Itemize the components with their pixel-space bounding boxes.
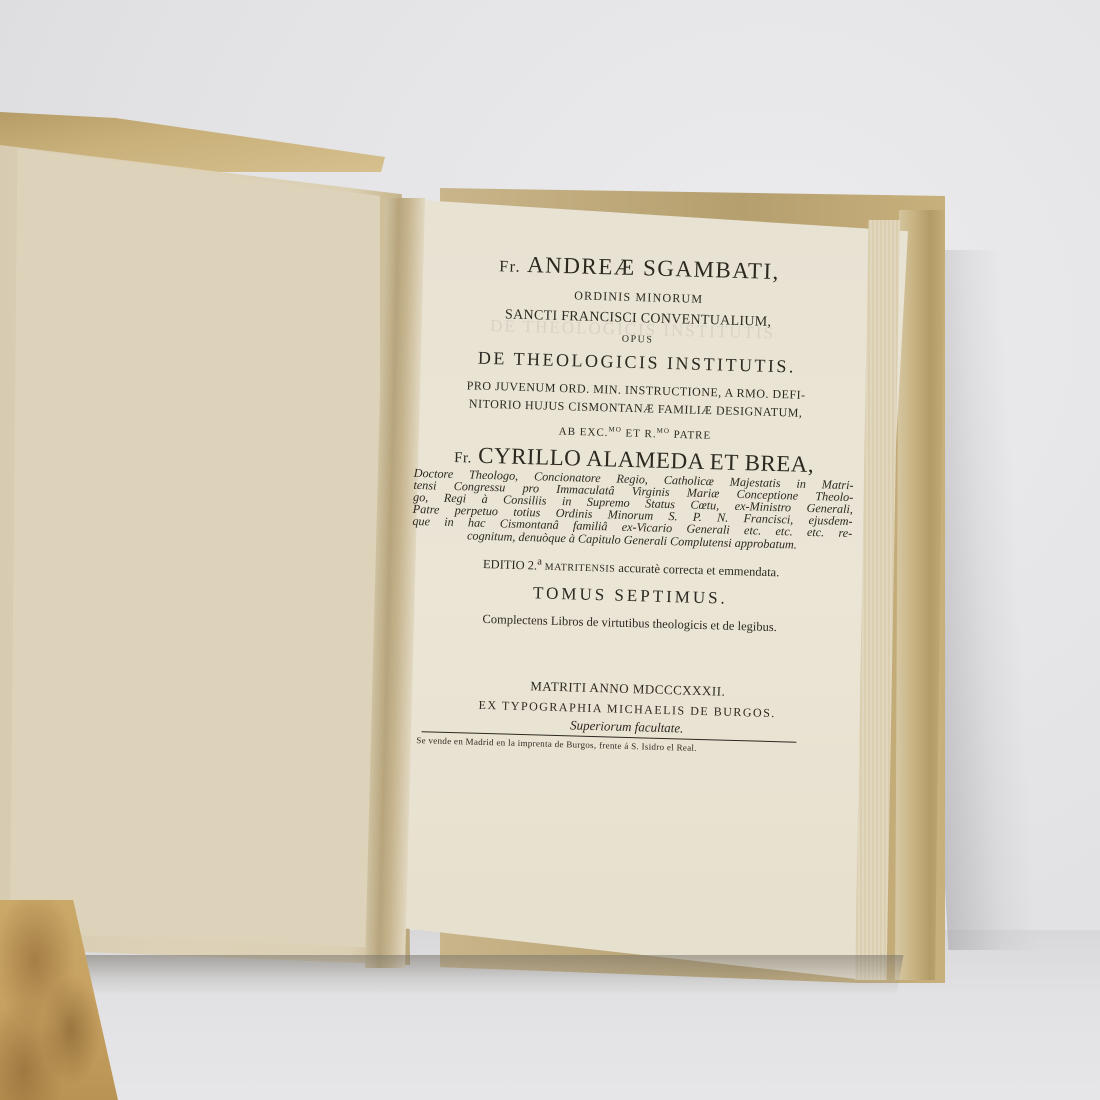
sancti-line: SANCTI FRANCISCI CONVENTUALIUM, [418,306,858,332]
book-shadow-on-table [76,955,903,995]
work-title: DE THEOLOGICIS INSTITUTIS. [417,347,857,377]
title-page-text: Fr. ANDREÆ SGAMBATI, ORDINIS MINORUM SAN… [406,250,860,757]
edition-line: EDITIO 2.a MATRITENSIS accuratè correcta… [411,554,851,581]
editor-credentials: Doctore Theologo, Concionatore Regio, Ca… [412,467,854,552]
contents-line: Complectens Libros de virtutibus theolog… [410,611,850,636]
left-blank-page [10,148,380,948]
ordinis-line: ORDINIS MINORUM [419,285,859,309]
volume-line: TOMUS SEPTIMUS. [410,581,850,610]
imprint-place-year: MATRITI ANNO MDCCCXXXII. [408,675,848,700]
